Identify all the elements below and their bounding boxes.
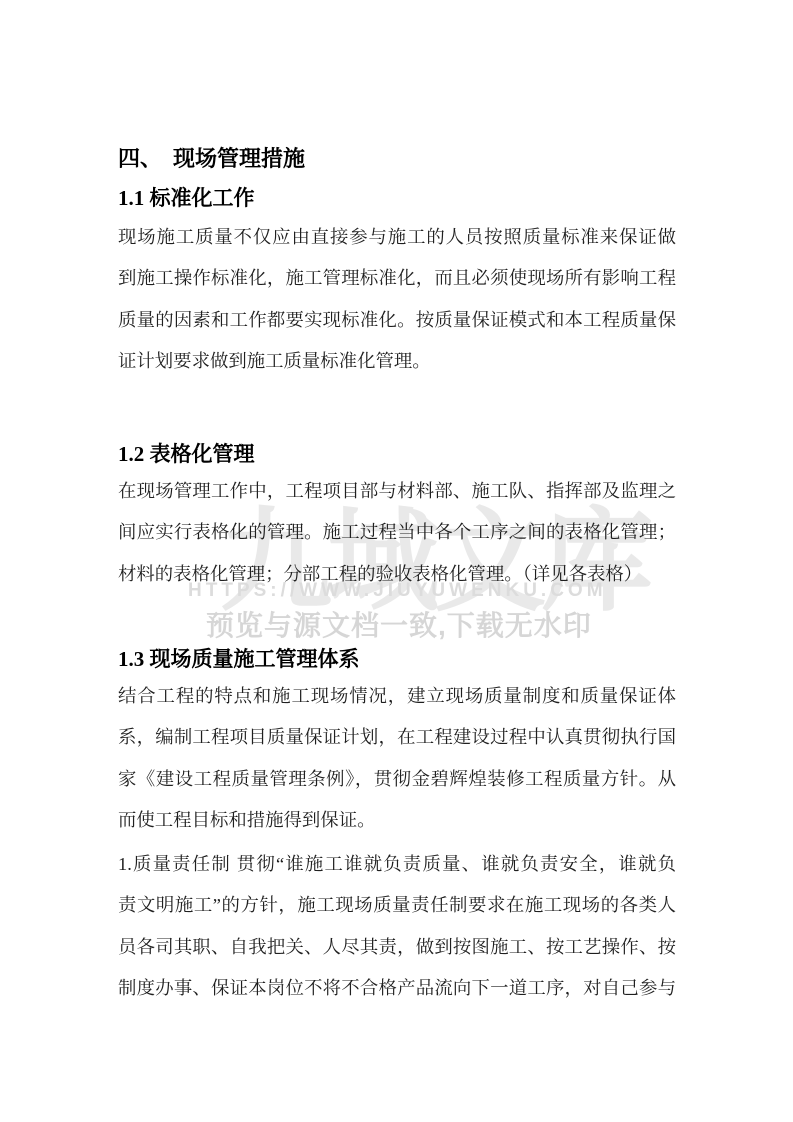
text-line: 质量的因素和工作都要实现标准化。按质量保证模式和本工程质量保: [118, 300, 676, 341]
main-heading: 四、现场管理措施: [118, 145, 676, 173]
text-line: 责文明施工”的方针，施工现场质量责任制要求在施工现场的各类人: [118, 885, 676, 926]
main-heading-number: 四、: [118, 146, 162, 171]
text-line: 家《建设工程质量管理条例》，贯彻金碧辉煌装修工程质量方针。从: [118, 759, 676, 800]
document-page: 九域文库 HTTPS://WWW.JIUYUWENKU.COM 预览与源文档一致…: [0, 0, 793, 1122]
text-line: 材料的表格化管理；分部工程的验收表格化管理。（详见各表格）: [118, 554, 676, 595]
text-line: 而使工程目标和措施得到保证。: [118, 800, 676, 841]
text-line: 制度办事、保证本岗位不将不合格产品流向下一道工序，对自己参与: [118, 968, 676, 1009]
section-title-standardization: 1.1 标准化工作: [118, 184, 676, 212]
paragraph-quality-responsibility: 1.质量责任制 贯彻“谁施工谁就负责质量、谁就负责安全，谁就负责文明施工”的方针…: [118, 844, 676, 1009]
paragraph-tabular-management: 在现场管理工作中，工程项目部与材料部、施工队、指挥部及监理之间应实行表格化的管理…: [118, 471, 676, 595]
paragraph-quality-system: 结合工程的特点和施工现场情况，建立现场质量制度和质量保证体系，编制工程项目质量保…: [118, 676, 676, 841]
section-title-tabular-management: 1.2 表格化管理: [118, 440, 676, 468]
text-line: 证计划要求做到施工质量标准化管理。: [118, 341, 676, 382]
text-line: 在现场管理工作中，工程项目部与材料部、施工队、指挥部及监理之: [118, 471, 676, 512]
text-line: 到施工操作标准化，施工管理标准化，而且必须使现场所有影响工程: [118, 258, 676, 299]
watermark-tagline: 预览与源文档一致,下载无水印: [206, 604, 592, 644]
section-title-quality-system: 1.3 现场质量施工管理体系: [118, 645, 676, 673]
paragraph-standardization: 现场施工质量不仅应由直接参与施工的人员按照质量标准来保证做到施工操作标准化，施工…: [118, 217, 676, 382]
text-line: 员各司其职、自我把关、人尽其责，做到按图施工、按工艺操作、按: [118, 927, 676, 968]
text-line: 间应实行表格化的管理。施工过程当中各个工序之间的表格化管理；: [118, 512, 676, 553]
text-line: 系，编制工程项目质量保证计划，在工程建设过程中认真贯彻执行国: [118, 717, 676, 758]
main-heading-title: 现场管理措施: [173, 146, 305, 171]
text-line: 1.质量责任制 贯彻“谁施工谁就负责质量、谁就负责安全，谁就负: [118, 844, 676, 885]
text-line: 结合工程的特点和施工现场情况，建立现场质量制度和质量保证体: [118, 676, 676, 717]
text-line: 现场施工质量不仅应由直接参与施工的人员按照质量标准来保证做: [118, 217, 676, 258]
